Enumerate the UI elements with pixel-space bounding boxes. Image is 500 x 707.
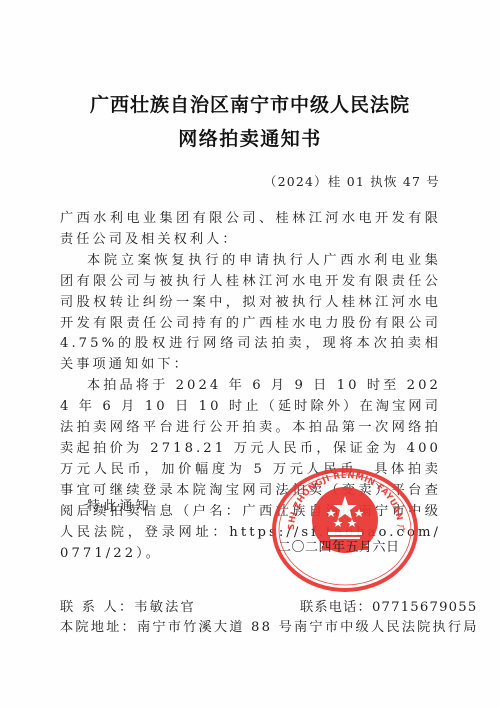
paragraph-case-background: 本院立案恢复执行的申请执行人广西水利电业集团有限公司与被执行人桂林江河水电开发有…	[60, 251, 441, 376]
court-seal-icon: SHI ZHONGJI RENMIN FAYUAN 广西壮族自治区南宁市中级人民…	[272, 468, 420, 592]
document-page: 广西壮族自治区南宁市中级人民法院 网络拍卖通知书 （2024）桂 01 执恢 4…	[0, 0, 500, 707]
court-address-row: 本院地址：南宁市竹溪大道 88 号南宁市中级人民法院执行局	[60, 616, 479, 635]
closing-text: 特此通知	[87, 495, 152, 514]
contact-phone-number: 07715679055	[372, 600, 478, 615]
court-address: 南宁市竹溪大道 88 号南宁市中级人民法院执行局	[137, 620, 479, 635]
court-name-title: 广西壮族自治区南宁市中级人民法院	[0, 90, 500, 117]
contact-phone-label: 联系电话：	[300, 600, 372, 615]
case-number: （2024）桂 01 执恢 47 号	[264, 172, 440, 190]
addressee: 广西水利电业集团有限公司、桂林江河水电开发有限责任公司及相关权利人：	[60, 209, 441, 251]
court-address-label: 本院地址：	[60, 616, 137, 635]
contact-person-label: 联 系 人：	[60, 596, 134, 615]
notice-title: 网络拍卖通知书	[0, 124, 500, 151]
issue-date: 二〇二四年五月六日	[278, 536, 400, 555]
contact-person-name: 韦敏法官	[134, 600, 196, 615]
contact-phone-row: 联系电话：07715679055	[300, 596, 477, 615]
contact-person-row: 联 系 人：韦敏法官	[60, 596, 196, 615]
